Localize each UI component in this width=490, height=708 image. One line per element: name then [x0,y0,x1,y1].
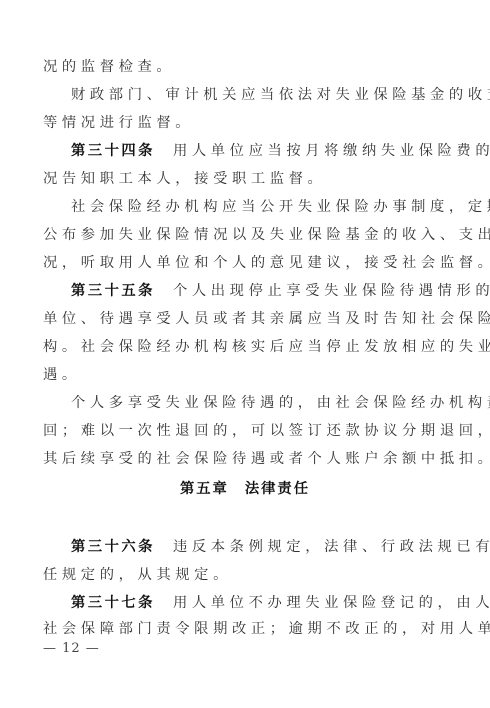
page-number: — 12 — [43,641,100,656]
text-line: 公布参加失业保险情况以及失业保险基金的收入、支出和结余情 [43,225,443,245]
article-heading: 第三十七条 [71,595,155,611]
article-text: 违反本条例规定，法律、行政法规已有法律责 [173,539,490,555]
article-text: 个人出现停止享受失业保险待遇情形的，用人 [173,283,490,299]
article-heading: 第三十五条 [71,283,155,299]
article-37: 第三十七条用人单位不办理失业保险登记的，由人力资源 [71,593,471,613]
text-line: 回；难以一次性退回的，可以签订还款协议分期退回，也可以从 [43,421,443,441]
chapter-heading: 第五章法律责任 [0,478,490,498]
text-line: 况的监督检查。 [43,57,443,77]
article-text: 用人单位不办理失业保险登记的，由人力资源 [173,595,490,611]
text-line: 个人多享受失业保险待遇的，由社会保险经办机构责令退 [71,393,471,413]
text-line: 任规定的，从其规定。 [43,565,443,585]
article-35: 第三十五条个人出现停止享受失业保险待遇情形的，用人 [71,281,471,301]
text-line: 构。社会保险经办机构核实后应当停止发放相应的失业保险待 [43,337,443,357]
text-line: 社会保障部门责令限期改正；逾期不改正的，对用人单位处应缴 [43,619,443,639]
chapter-number: 第五章 [180,481,229,497]
document-page: 况的监督检查。 财政部门、审计机关应当依法对失业保险基金的收支、管理 等情况进行… [0,0,490,708]
chapter-title: 法律责任 [245,481,310,497]
text-line: 财政部门、审计机关应当依法对失业保险基金的收支、管理 [71,85,471,105]
text-line: 况，听取用人单位和个人的意见建议，接受社会监督。 [43,253,443,273]
article-34: 第三十四条用人单位应当按月将缴纳失业保险费的明细情 [71,141,471,161]
article-text: 用人单位应当按月将缴纳失业保险费的明细情 [173,143,490,159]
article-heading: 第三十六条 [71,539,155,555]
text-line: 单位、待遇享受人员或者其亲属应当及时告知社会保险经办机 [43,309,443,329]
text-line: 等情况进行监督。 [43,113,443,133]
article-heading: 第三十四条 [71,143,155,159]
text-line: 社会保险经办机构应当公开失业保险办事制度，定期向社会 [71,197,471,217]
article-36: 第三十六条违反本条例规定，法律、行政法规已有法律责 [71,537,471,557]
text-line: 况告知职工本人，接受职工监督。 [43,169,443,189]
text-line: 其后续享受的社会保险待遇或者个人账户余额中抵扣。 [43,449,443,469]
text-line: 遇。 [43,365,443,385]
